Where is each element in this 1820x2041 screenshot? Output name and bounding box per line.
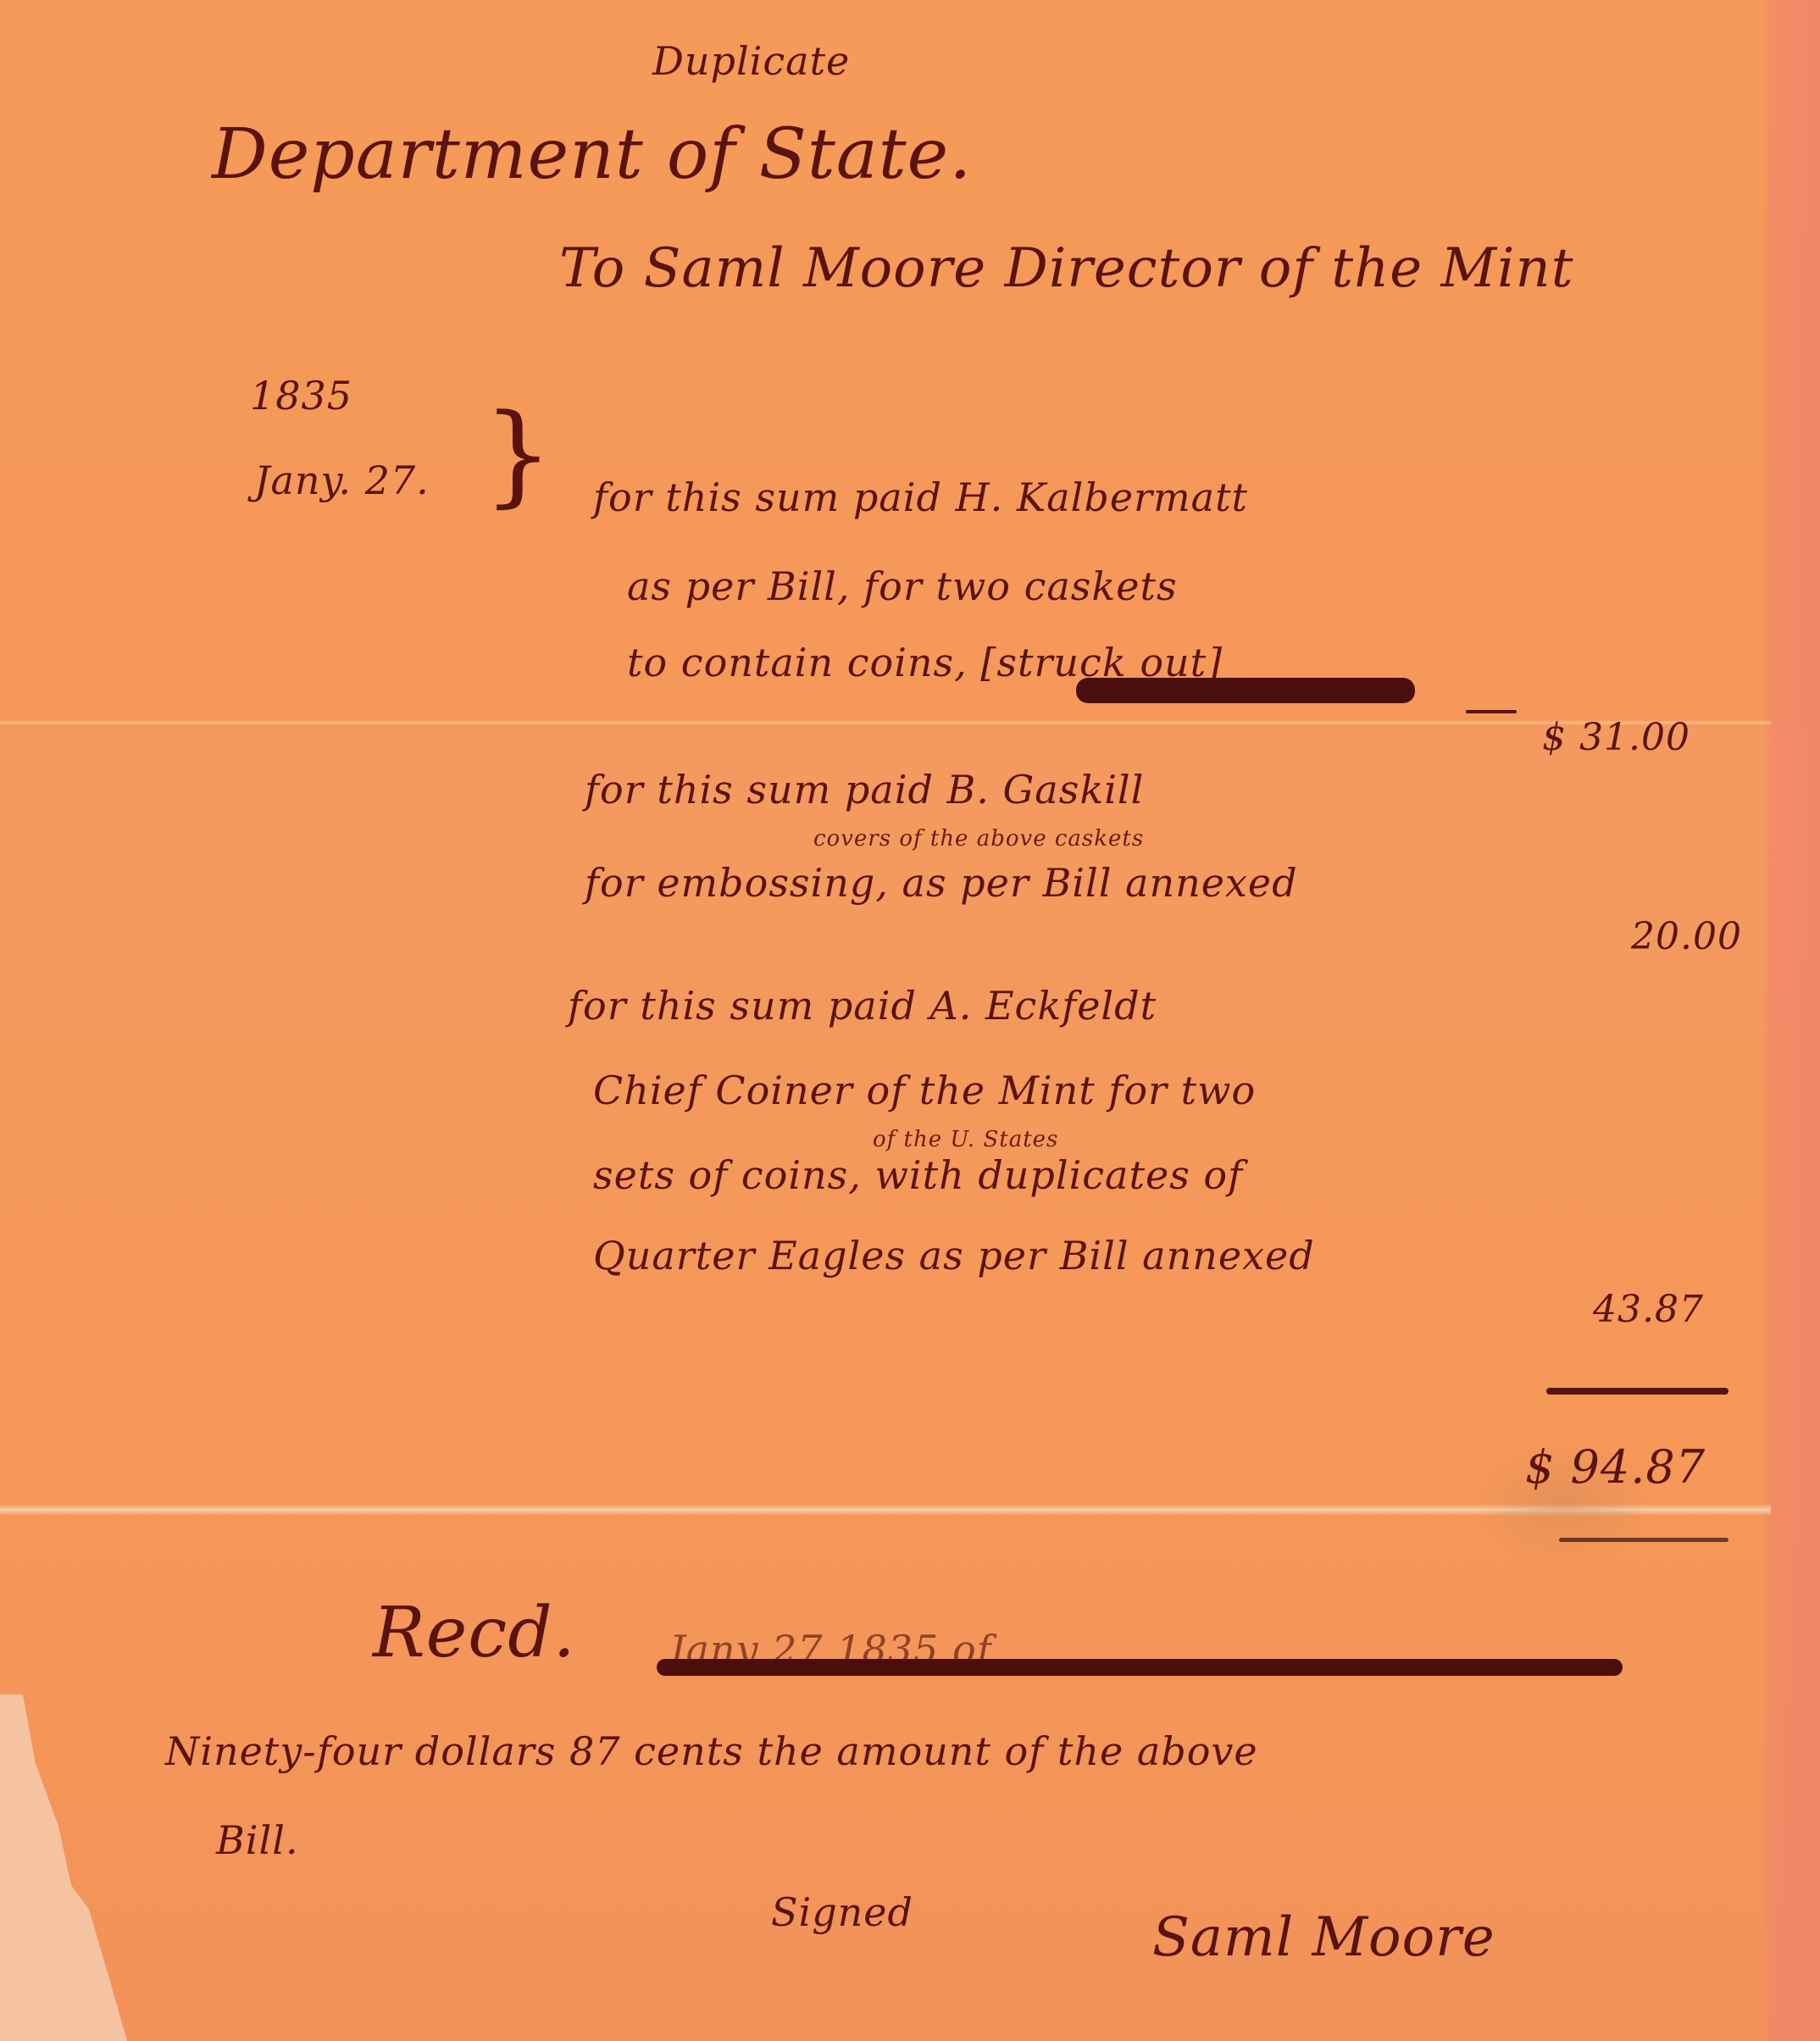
torn-corner	[0, 1694, 127, 2041]
entry-2-interlinear: covers of the above caskets	[813, 826, 1144, 851]
date-year: 1835	[250, 373, 352, 419]
entry-3-line-2: Chief Coiner of the Mint for two	[593, 1068, 1256, 1113]
receipt-label: Recd.	[373, 1593, 576, 1673]
entry-2-amount: 20.00	[1631, 915, 1742, 958]
sum-rule	[1546, 1388, 1728, 1395]
document-heading: Duplicate	[652, 38, 850, 84]
document-page: Duplicate Department of State. To Saml M…	[0, 0, 1820, 2041]
signed-label: Signed	[771, 1889, 913, 1935]
strike-through-line	[657, 1659, 1623, 1676]
receipt-body-line-1: Ninety-four dollars 87 cents the amount …	[165, 1728, 1258, 1774]
entry-2-line-1: for this sum paid B. Gaskill	[585, 767, 1144, 813]
entry-1-line-1: for this sum paid H. Kalbermatt	[593, 474, 1248, 520]
entry-2-line-2: for embossing, as per Bill annexed	[585, 860, 1298, 906]
entry-3-interlinear: of the U. States	[873, 1127, 1058, 1152]
dash-mark	[1466, 710, 1517, 713]
brace-mark: }	[483, 390, 553, 519]
entry-1-line-2: as per Bill, for two caskets	[627, 563, 1178, 609]
entry-1-amount: $ 31.00	[1542, 716, 1690, 759]
date-day: Jany. 27.	[254, 458, 430, 503]
struck-out-text	[1076, 678, 1415, 703]
department-title: Department of State.	[212, 114, 972, 195]
receipt-body-line-2: Bill.	[216, 1817, 299, 1863]
total-underline	[1559, 1538, 1728, 1542]
entry-3-line-1: for this sum paid A. Eckfeldt	[568, 983, 1157, 1029]
addressee-line: To Saml Moore Director of the Mint	[559, 237, 1573, 300]
entry-3-line-4: Quarter Eagles as per Bill annexed	[593, 1233, 1315, 1278]
entry-3-amount: 43.87	[1593, 1288, 1704, 1331]
signature-name: Saml Moore	[1152, 1906, 1495, 1969]
fold-line	[0, 720, 1771, 725]
total-amount: $ 94.87	[1525, 1440, 1706, 1494]
entry-3-line-3: sets of coins, with duplicates of	[593, 1152, 1243, 1198]
